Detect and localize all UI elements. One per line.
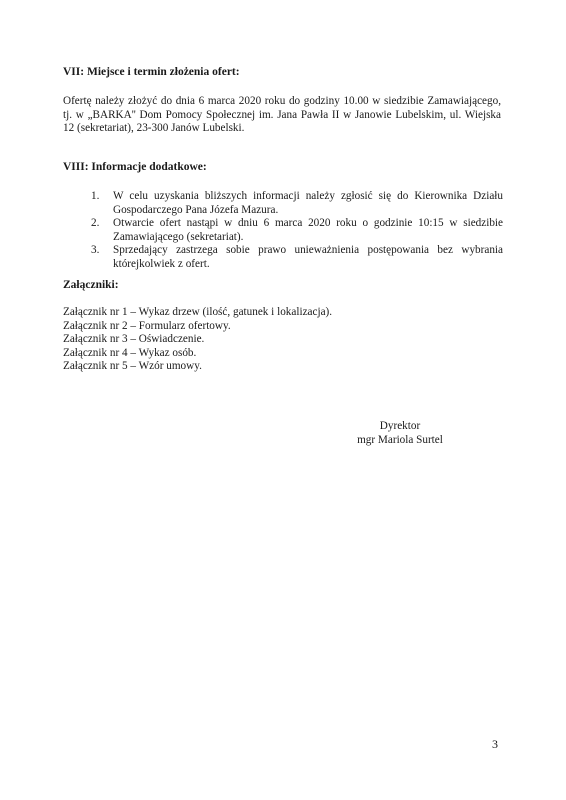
attachment-item: Załącznik nr 5 – Wzór umowy. bbox=[63, 360, 332, 374]
list-item: 3. Sprzedający zastrzega sobie prawo uni… bbox=[63, 244, 503, 271]
list-item: 1. W celu uzyskania bliższych informacji… bbox=[63, 190, 503, 217]
section-8-heading: VIII: Informacje dodatkowe: bbox=[63, 161, 207, 175]
page-number: 3 bbox=[492, 738, 498, 752]
section-7-paragraph: Ofertę należy złożyć do dnia 6 marca 202… bbox=[63, 95, 501, 136]
list-item-number: 1. bbox=[91, 190, 99, 204]
list-item-text: Otwarcie ofert nastąpi w dniu 6 marca 20… bbox=[113, 217, 503, 243]
list-item: 2. Otwarcie ofert nastąpi w dniu 6 marca… bbox=[63, 217, 503, 244]
document-page: VII: Miejsce i termin złożenia ofert: Of… bbox=[0, 0, 566, 800]
attachment-item: Załącznik nr 3 – Oświadczenie. bbox=[63, 333, 332, 347]
attachments-heading: Załączniki: bbox=[63, 279, 119, 293]
attachment-item: Załącznik nr 4 – Wykaz osób. bbox=[63, 347, 332, 361]
attachments-list: Załącznik nr 1 – Wykaz drzew (ilość, gat… bbox=[63, 306, 332, 374]
additional-info-list: 1. W celu uzyskania bliższych informacji… bbox=[63, 190, 503, 271]
section-7-heading: VII: Miejsce i termin złożenia ofert: bbox=[63, 66, 240, 80]
signature-name: mgr Mariola Surtel bbox=[330, 434, 470, 448]
list-item-text: Sprzedający zastrzega sobie prawo uniewa… bbox=[113, 244, 503, 270]
signature-title: Dyrektor bbox=[330, 420, 470, 434]
attachment-item: Załącznik nr 1 – Wykaz drzew (ilość, gat… bbox=[63, 306, 332, 320]
list-item-number: 2. bbox=[91, 217, 99, 231]
list-item-text: W celu uzyskania bliższych informacji na… bbox=[113, 190, 503, 216]
attachment-item: Załącznik nr 2 – Formularz ofertowy. bbox=[63, 320, 332, 334]
list-item-number: 3. bbox=[91, 244, 99, 258]
